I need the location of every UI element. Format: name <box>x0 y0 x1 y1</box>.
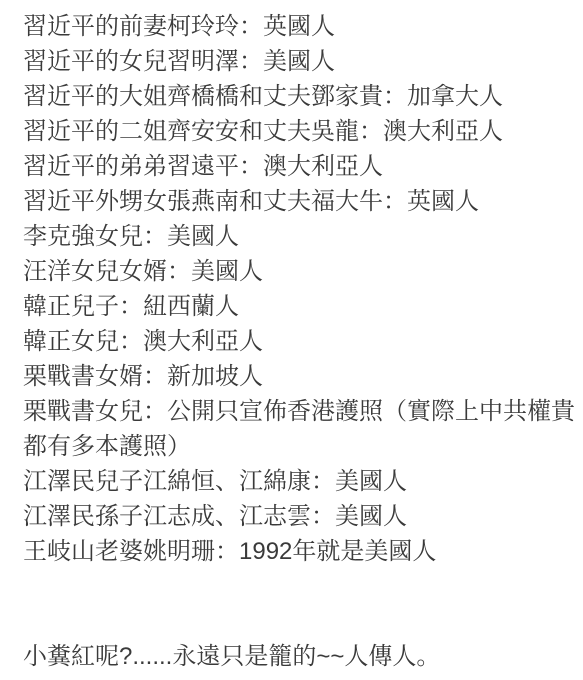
text-line: 韓正女兒：澳大利亞人 <box>23 324 575 359</box>
blank-line <box>23 569 575 604</box>
blank-line <box>23 604 575 639</box>
text-line: 習近平的大姐齊橋橋和丈夫鄧家貴：加拿大人 <box>23 79 575 114</box>
text-line: 栗戰書女婿：新加坡人 <box>23 359 575 394</box>
text-line: 王岐山老婆姚明珊：1992年就是美國人 <box>23 534 575 569</box>
text-line: 小糞紅呢?......永遠只是籠的~~人傳人。 <box>23 639 575 674</box>
text-line: 習近平的二姐齊安安和丈夫吳龍：澳大利亞人 <box>23 114 575 149</box>
text-line: 江澤民兒子江綿恒、江綿康：美國人 <box>23 464 575 499</box>
text-line: 習近平的女兒習明澤：美國人 <box>23 44 575 79</box>
text-line: 習近平的弟弟習遠平：澳大利亞人 <box>23 149 575 184</box>
text-line: 江澤民孫子江志成、江志雲：美國人 <box>23 499 575 534</box>
text-line: 李克強女兒：美國人 <box>23 219 575 254</box>
text-line: 習近平的前妻柯玲玲：英國人 <box>23 9 575 44</box>
text-line: 都有多本護照） <box>23 429 575 464</box>
text-line: 汪洋女兒女婿：美國人 <box>23 254 575 289</box>
text-line: 栗戰書女兒：公開只宣佈香港護照（實際上中共權貴 <box>23 394 575 429</box>
text-line: 習近平外甥女張燕南和丈夫福大牛：英國人 <box>23 184 575 219</box>
document-page: 習近平的前妻柯玲玲：英國人 習近平的女兒習明澤：美國人 習近平的大姐齊橋橋和丈夫… <box>0 0 583 680</box>
text-line: 韓正兒子：紐西蘭人 <box>23 289 575 324</box>
